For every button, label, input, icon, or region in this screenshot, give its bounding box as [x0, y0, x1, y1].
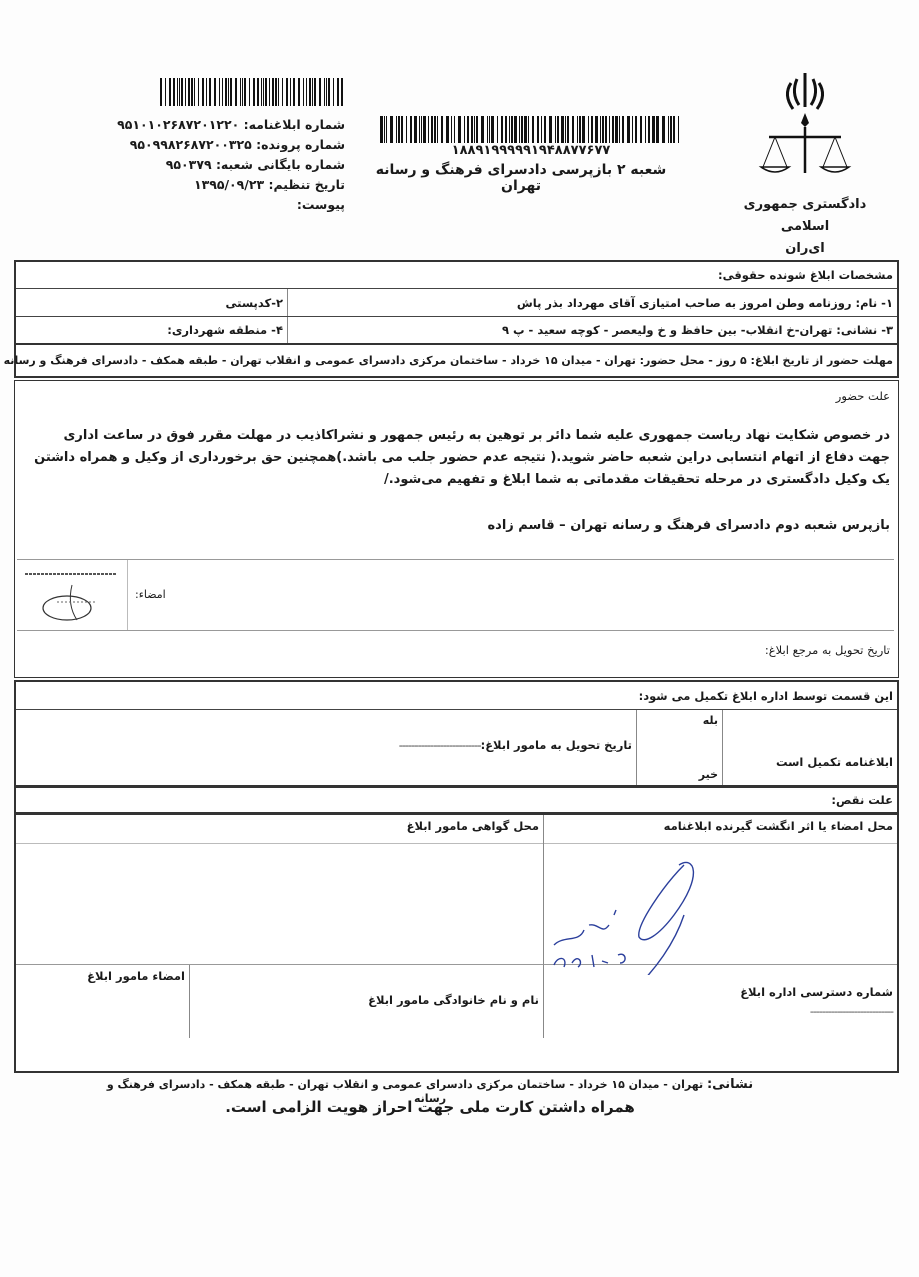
signature-area: محل امضاء یا اثر انگشت گیرنده ابلاغنامه … — [16, 815, 897, 965]
signature-label: امضاء: — [135, 588, 166, 601]
court-name: دادگستری جمهوری اسلامی ای‌ران — [725, 194, 885, 260]
access-number-cell: شماره دسترسی اداره ابلاغ ---------------… — [543, 965, 897, 1038]
judge-signature-stamp — [17, 560, 128, 630]
officer-witness-area: محل گواهی مامور ابلاغ — [16, 815, 543, 965]
footer-address-label: نشانی: — [707, 1077, 753, 1092]
officer-sign-cell: امضاء مامور ابلاغ — [16, 965, 189, 1038]
recipient-sign-label: محل امضاء یا اثر انگشت گیرنده ابلاغنامه — [660, 817, 897, 835]
office-section-title: این قسمت توسط اداره ابلاغ تکمیل می شود: — [16, 682, 897, 709]
recipient-section-title: مشخصات ابلاغ شونده حقوقی: — [16, 262, 897, 288]
attachment-label: پیوست: — [140, 195, 345, 215]
recipient-address: ۳- نشانی: تهران-خ انقلاب- بین حافظ و خ و… — [287, 317, 897, 343]
court-name-line1: دادگستری جمهوری اسلامی — [725, 194, 885, 238]
reason-signer: بازپرس شعبه دوم دادسرای فرهنگ و رسانه ته… — [487, 518, 890, 533]
officer-sign-label: امضاء مامور ابلاغ — [87, 969, 185, 983]
branch-barcode-number: ۱۸۸۹۱۹۹۹۹۹۱۹۴۸۸۷۷۶۷۷ — [380, 143, 682, 158]
court-name-line2: ای‌ران — [725, 238, 885, 260]
recipient-sign-area: محل امضاء یا اثر انگشت گیرنده ابلاغنامه — [543, 815, 897, 965]
completed-label: ابلاغنامه تکمیل است — [722, 710, 897, 785]
access-number-label: شماره دسترسی اداره ابلاغ — [740, 985, 893, 999]
notice-meta: شماره ابلاغنامه: ۹۵۱۰۱۰۲۶۸۷۲۰۱۲۲۰ شماره … — [140, 115, 345, 215]
officer-name-label: نام و نام خانوادگی مامور ابلاغ — [368, 993, 539, 1007]
recipient-name: ۱- نام: روزنامه وطن امروز به صاحب امتیاز… — [287, 289, 897, 316]
archive-number: شماره بایگانی شعبه: ۹۵۰۳۷۹ — [140, 155, 345, 175]
issue-date: تاریخ تنظیم: ۱۳۹۵/۰۹/۲۳ — [140, 175, 345, 195]
reason-section: علت حضور در خصوص شکایت نهاد ریاست جمهوری… — [14, 380, 899, 678]
officer-witness-label: محل گواهی مامور ابلاغ — [403, 817, 543, 835]
reason-title: علت حضور — [836, 389, 890, 403]
handwritten-signature — [544, 855, 744, 975]
reason-body: در خصوص شکایت نهاد ریاست جمهوری علیه شما… — [30, 425, 890, 491]
branch-barcode — [380, 116, 682, 143]
delivery-date-label: تاریخ تحویل به مرجع ابلاغ: — [765, 643, 890, 657]
case-number: شماره پرونده: ۹۵۰۹۹۸۲۶۸۷۲۰۰۳۲۵ — [140, 135, 345, 155]
notice-number: شماره ابلاغنامه: ۹۵۱۰۱۰۲۶۸۷۲۰۱۲۲۰ — [140, 115, 345, 135]
postal-code-label: ۲-کدپستی — [16, 289, 287, 316]
officer-delivery-label: تاریخ تحویل به مامور ابلاغ: — [481, 738, 632, 752]
option-no[interactable]: خیر — [699, 768, 718, 781]
option-yes[interactable]: بله — [703, 714, 718, 727]
completed-options: بله خیر — [636, 710, 722, 785]
defect-label: علت نقص: — [16, 788, 897, 812]
footer-notice: همراه داشتن کارت ملی جهت احراز هویت الزا… — [100, 1098, 760, 1116]
access-number-value: ---------------------------- — [810, 1005, 893, 1018]
signature-row: امضاء: — [17, 559, 894, 631]
notice-barcode — [160, 78, 345, 106]
municipality-label: ۴- منطقه شهرداری: — [16, 317, 287, 343]
recipient-section: مشخصات ابلاغ شونده حقوقی: ۱- نام: روزنام… — [14, 260, 899, 378]
officer-info-row: شماره دسترسی اداره ابلاغ ---------------… — [16, 965, 897, 1038]
officer-delivery-value: -------------------------- — [399, 738, 481, 752]
officer-delivery-date: تاریخ تحویل به مامور ابلاغ: ------------… — [16, 710, 636, 785]
office-section: این قسمت توسط اداره ابلاغ تکمیل می شود: … — [14, 680, 899, 1073]
iran-emblem-scales-icon — [755, 65, 855, 185]
officer-name-cell: نام و نام خانوادگی مامور ابلاغ — [189, 965, 543, 1038]
attendance-deadline: مهلت حضور از تاریخ ابلاغ: ۵ روز - محل حض… — [0, 345, 897, 376]
branch-title: شعبه ۲ بازپرسی دادسرای فرهنگ و رسانه تهر… — [360, 162, 682, 194]
